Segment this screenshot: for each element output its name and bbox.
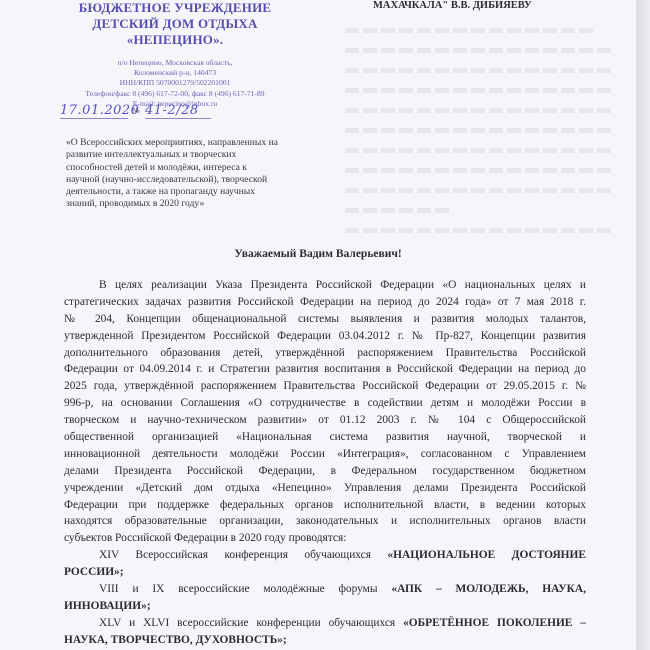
body-line: 996-р, на основании Соглашения «О сотруд… [64, 395, 586, 412]
event-line: XIV Всероссийская конференция обучающихс… [64, 547, 586, 564]
body-line: утвержденной Президентом Российской Феде… [64, 328, 586, 345]
letter-body: В целях реализации Указа Президента Росс… [64, 277, 586, 649]
event-line: XLV и XLVI всероссийские конференции обу… [64, 615, 586, 632]
org-address: п/о Непецино, Московская область, Коломе… [60, 58, 290, 109]
body-line: Федерации при поддержке федеральных орга… [64, 497, 586, 514]
org-line: ДЕТСКИЙ ДОМ ОТДЫХА [60, 16, 290, 32]
page-edge-shadow [636, 0, 650, 650]
body-line: инновационной деятельности молодёжи Росс… [64, 446, 586, 463]
event-item: XIV Всероссийская конференция обучающихс… [64, 547, 586, 581]
event-prefix: XLV и XLVI всероссийские конференции обу… [99, 617, 403, 629]
event-prefix: VIII и IX всероссийские молодёжные форум… [99, 583, 391, 595]
show-through-text [345, 28, 615, 248]
body-line: 2025 года, утверждённой распоряжением Пр… [64, 378, 586, 395]
event-title-cont: ИННОВАЦИИ»; [64, 600, 151, 612]
body-line: № 204, Концепции общенациональной систем… [64, 311, 586, 328]
address-line: Телефон/факс 8 (496) 617-72-00, факс 8 (… [60, 89, 290, 99]
event-title-cont: НАУКА, ТВОРЧЕСТВО, ДУХОВНОСТЬ»; [64, 634, 287, 646]
subject-line: развитие интеллектуальных и творческих [66, 149, 306, 161]
org-line: БЮДЖЕТНОЕ УЧРЕЖДЕНИЕ [60, 0, 290, 16]
handwritten-date: 17.01.2020 [60, 103, 128, 119]
org-line: «НЕПЕЦИНО». [60, 32, 290, 48]
organization-stamp: БЮДЖЕТНОЕ УЧРЕЖДЕНИЕ ДЕТСКИЙ ДОМ ОТДЫХА … [60, 0, 290, 48]
salutation: Уважаемый Вадим Валерьевич! [0, 248, 636, 260]
body-line: Федерации от 04.09.2014 г. и Стратегии р… [64, 361, 586, 378]
body-line: творческом и научно-техническом развитии… [64, 412, 586, 429]
event-title: «АПК – МОЛОДЕЖЬ, НАУКА, [391, 583, 586, 595]
letter-page: БЮДЖЕТНОЕ УЧРЕЖДЕНИЕ ДЕТСКИЙ ДОМ ОТДЫХА … [0, 0, 636, 650]
subject-line: способностей детей и молодёжи, интереса … [66, 162, 306, 174]
body-line: находятся образовательные организации, з… [64, 513, 586, 530]
subject-line: деятельности, а также на пропаганду науч… [66, 186, 306, 198]
address-line: п/о Непецино, Московская область, [60, 58, 290, 68]
event-item: XLV и XLVI всероссийские конференции обу… [64, 615, 586, 649]
subject-line: научной (научно-исследовательской), твор… [66, 174, 306, 186]
body-line: субъектов Российской Федерации в 2020 го… [64, 530, 586, 547]
subject-line: знаний, проводимых в 2020 году» [66, 198, 306, 210]
event-line: VIII и IX всероссийские молодёжные форум… [64, 581, 586, 598]
event-line: ИННОВАЦИИ»; [64, 598, 586, 615]
body-line: В целях реализации Указа Президента Росс… [64, 277, 586, 294]
body-line: учреждении «Детский дом отдыха «Непецино… [64, 480, 586, 497]
handwritten-number: 41-2/28 [145, 103, 211, 119]
event-item: VIII и IX всероссийские молодёжные форум… [64, 581, 586, 615]
body-line: общественной организацией «Национальная … [64, 429, 586, 446]
subject-line: «О Всероссийских мероприятиях, направлен… [66, 137, 306, 149]
event-line: НАУКА, ТВОРЧЕСТВО, ДУХОВНОСТЬ»; [64, 632, 586, 649]
number-label: № [132, 106, 140, 115]
event-title: «НАЦИОНАЛЬНОЕ ДОСТОЯНИЕ [387, 549, 586, 561]
event-line: РОССИИ»; [64, 564, 586, 581]
body-line: делами Президента Российской Федерации, … [64, 463, 586, 480]
address-line: ИНН/КПП 5070001279/502201001 [60, 78, 290, 88]
addressee: МАХАЧКАЛА" В.В. ДИБИЯЕВУ [373, 0, 532, 11]
event-prefix: XIV Всероссийская конференция обучающихс… [99, 549, 387, 561]
event-title-cont: РОССИИ»; [64, 566, 124, 578]
letter-subject: «О Всероссийских мероприятиях, направлен… [66, 137, 306, 211]
body-line: дополнительного образования детей, утвер… [64, 345, 586, 362]
registration-line: 17.01.2020 № 41-2/28 [60, 103, 240, 121]
body-line: стратегических задачах развития Российск… [64, 294, 586, 311]
address-line: Коломенский р-н, 140473 [60, 68, 290, 78]
event-title: «ОБРЕТЁННОЕ ПОКОЛЕНИЕ – [403, 617, 586, 629]
